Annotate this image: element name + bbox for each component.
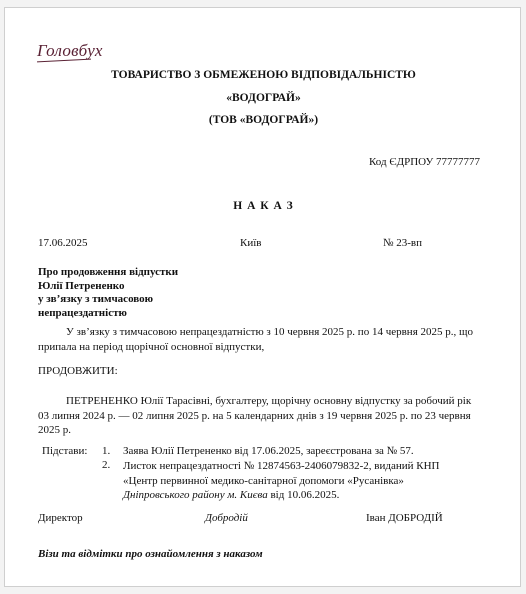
subject-line: Юлії Петрененко	[38, 280, 178, 294]
directive: ПРОДОВЖИТИ:	[38, 365, 118, 377]
preamble-paragraph: У зв’язку з тимчасовою непрацездатністю …	[38, 325, 478, 354]
order-title: Н А К А З	[5, 200, 522, 212]
basis-item-rest: від 10.06.2025.	[268, 489, 340, 501]
order-number: № 23-вп	[383, 237, 422, 249]
signature-sign: Добродій	[205, 512, 248, 524]
basis-item-text: Заява Юлії Петрененко від 17.06.2025, за…	[123, 445, 414, 457]
basis-item-line: Листок непрацездатності № 12874563-24060…	[123, 459, 440, 474]
subject-line: Про продовження відпустки	[38, 266, 178, 280]
footer-note: Візи та відмітки про ознайомлення з нака…	[38, 548, 263, 560]
company-full-name: ТОВАРИСТВО З ОБМЕЖЕНОЮ ВІДПОВІДАЛЬНІСТЮ	[5, 69, 522, 81]
company-short-name: (ТОВ «ВОДОГРАЙ»)	[5, 114, 522, 126]
subject-line: у зв’язку з тимчасовою	[38, 293, 178, 307]
edrpou-code: Код ЄДРПОУ 77777777	[369, 156, 480, 168]
basis-item-number: 2.	[102, 459, 110, 471]
basis-label: Підстави:	[42, 445, 87, 457]
basis-item-text: Листок непрацездатності № 12874563-24060…	[123, 459, 440, 503]
basis-item-number: 1.	[102, 445, 110, 457]
order-subject: Про продовження відпустки Юлії Петрененк…	[38, 266, 178, 320]
logo: Головбух	[37, 41, 103, 61]
basis-item-italic: Дніпровського району м. Києва	[123, 489, 268, 501]
main-paragraph: ПЕТРЕНЕНКО Юлії Тарасівні, бухгалтеру, щ…	[38, 394, 478, 438]
basis-item-line: Дніпровського району м. Києва від 10.06.…	[123, 488, 440, 503]
subject-line: непрацездатністю	[38, 307, 178, 321]
order-city: Київ	[240, 237, 261, 249]
basis-item-line: «Центр первинної медико-санітарної допом…	[123, 474, 440, 489]
signature-position: Директор	[38, 512, 83, 524]
order-date: 17.06.2025	[38, 237, 88, 249]
document-page: Головбух ТОВАРИСТВО З ОБМЕЖЕНОЮ ВІДПОВІД…	[4, 7, 521, 587]
company-name: «ВОДОГРАЙ»	[5, 92, 522, 104]
signature-name: Іван ДОБРОДІЙ	[366, 512, 443, 524]
